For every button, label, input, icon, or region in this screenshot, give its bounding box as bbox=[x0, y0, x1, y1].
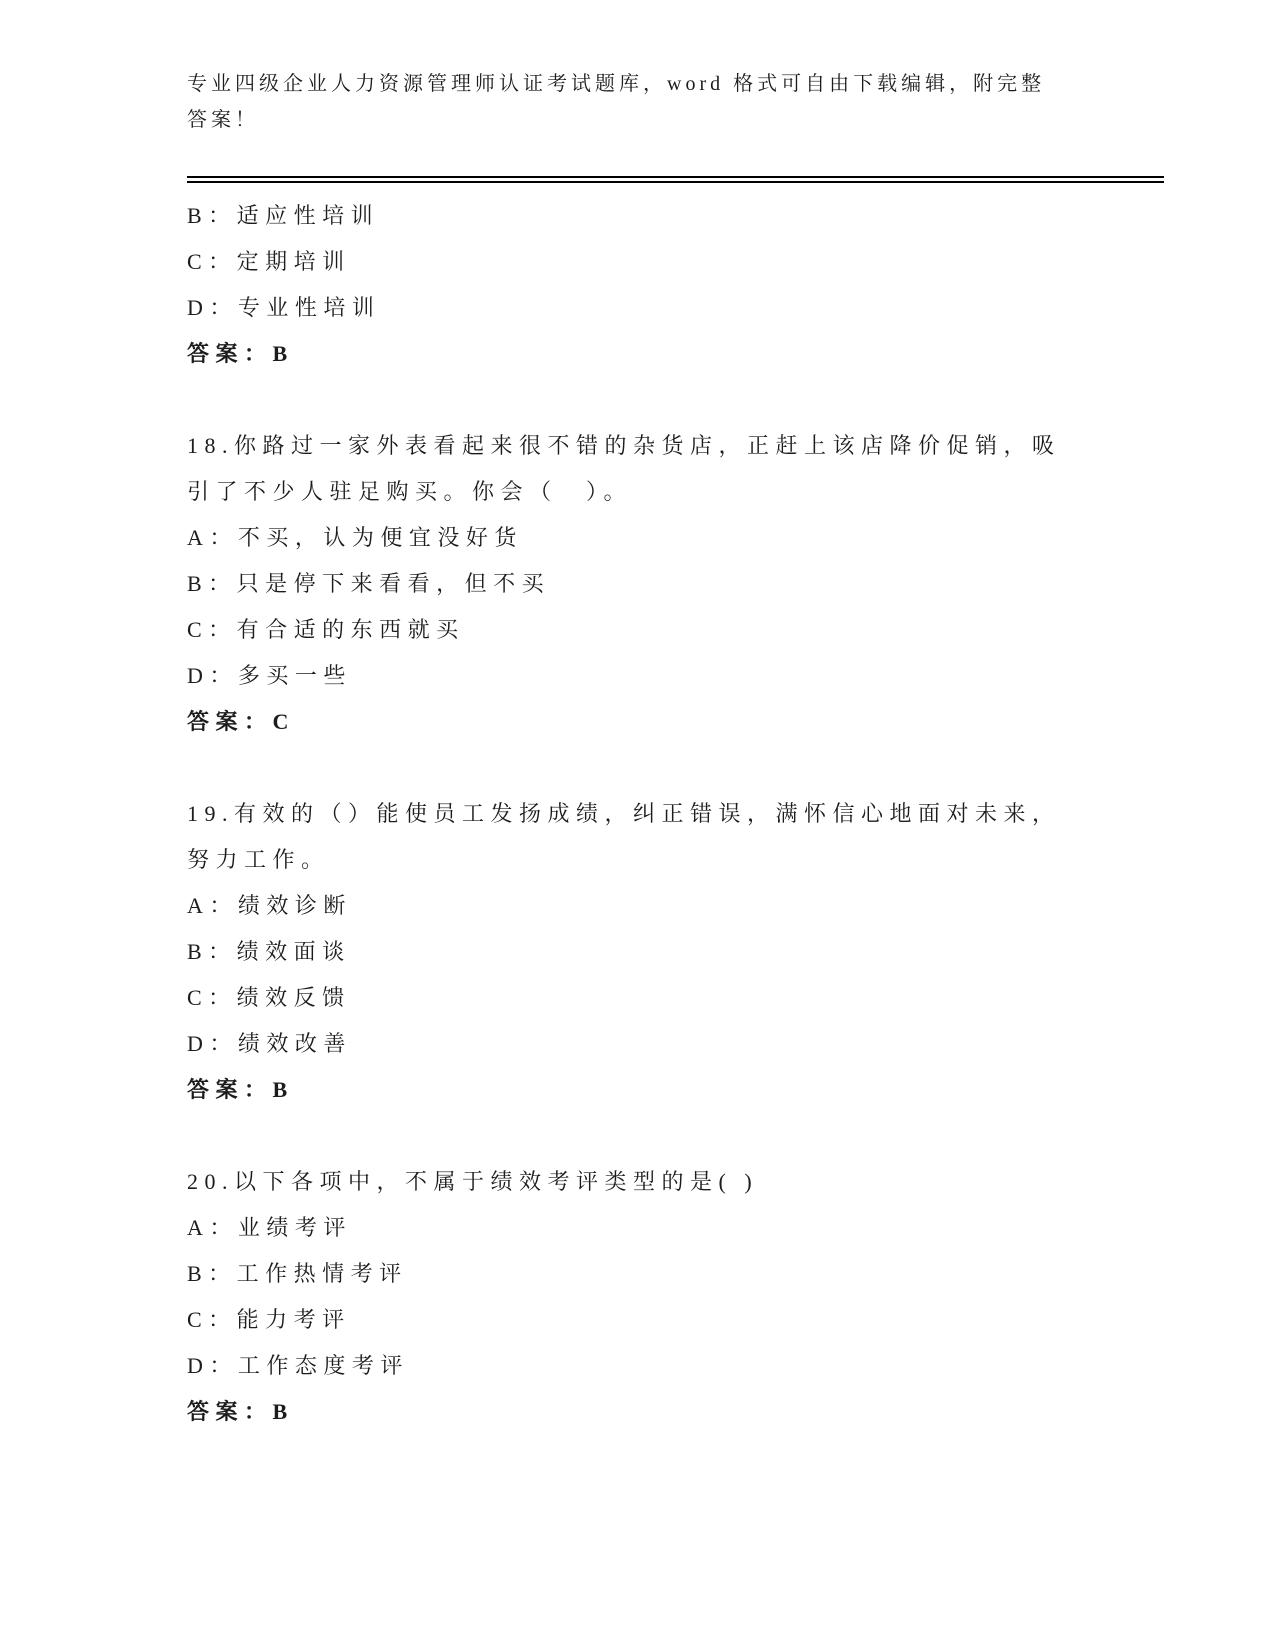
option-c: C：定期培训 bbox=[187, 239, 1137, 285]
option-a: A：业绩考评 bbox=[187, 1205, 1137, 1251]
answer-line: 答案：B bbox=[187, 1067, 1137, 1113]
option-c: C：有合适的东西就买 bbox=[187, 607, 1137, 653]
option-b: B：绩效面谈 bbox=[187, 929, 1137, 975]
document-content: B：适应性培训 C：定期培训 D：专业性培训 答案：B 18.你路过一家外表看起… bbox=[187, 193, 1137, 1435]
question-text: 20.以下各项中，不属于绩效考评类型的是( ) bbox=[187, 1159, 1137, 1205]
option-c: C：绩效反馈 bbox=[187, 975, 1137, 1021]
option-a: A：不买，认为便宜没好货 bbox=[187, 515, 1137, 561]
question-18: 18.你路过一家外表看起来很不错的杂货店，正赶上该店降价促销，吸 引了不少人驻足… bbox=[187, 423, 1137, 745]
question-text: 19.有效的（）能使员工发扬成绩，纠正错误，满怀信心地面对未来， 努力工作。 bbox=[187, 791, 1137, 883]
document-page: 专业四级企业人力资源管理师认证考试题库，word 格式可自由下载编辑，附完整 答… bbox=[0, 0, 1275, 1650]
question-text: 18.你路过一家外表看起来很不错的杂货店，正赶上该店降价促销，吸 引了不少人驻足… bbox=[187, 423, 1137, 515]
option-d: D：工作态度考评 bbox=[187, 1343, 1137, 1389]
question-17-continuation: B：适应性培训 C：定期培训 D：专业性培训 答案：B bbox=[187, 193, 1137, 377]
option-c: C：能力考评 bbox=[187, 1297, 1137, 1343]
option-d: D：专业性培训 bbox=[187, 285, 1137, 331]
answer-line: 答案：C bbox=[187, 699, 1137, 745]
header-text: 专业四级企业人力资源管理师认证考试题库，word 格式可自由下载编辑，附完整 答… bbox=[187, 66, 1164, 138]
option-d: D：多买一些 bbox=[187, 653, 1137, 699]
option-a: A：绩效诊断 bbox=[187, 883, 1137, 929]
page-header: 专业四级企业人力资源管理师认证考试题库，word 格式可自由下载编辑，附完整 答… bbox=[187, 66, 1164, 183]
option-b: B：适应性培训 bbox=[187, 193, 1137, 239]
answer-line: 答案：B bbox=[187, 331, 1137, 377]
question-19: 19.有效的（）能使员工发扬成绩，纠正错误，满怀信心地面对未来， 努力工作。 A… bbox=[187, 791, 1137, 1113]
answer-line: 答案：B bbox=[187, 1389, 1137, 1435]
question-20: 20.以下各项中，不属于绩效考评类型的是( ) A：业绩考评 B：工作热情考评 … bbox=[187, 1159, 1137, 1435]
option-d: D：绩效改善 bbox=[187, 1021, 1137, 1067]
option-b: B：只是停下来看看，但不买 bbox=[187, 561, 1137, 607]
option-b: B：工作热情考评 bbox=[187, 1251, 1137, 1297]
